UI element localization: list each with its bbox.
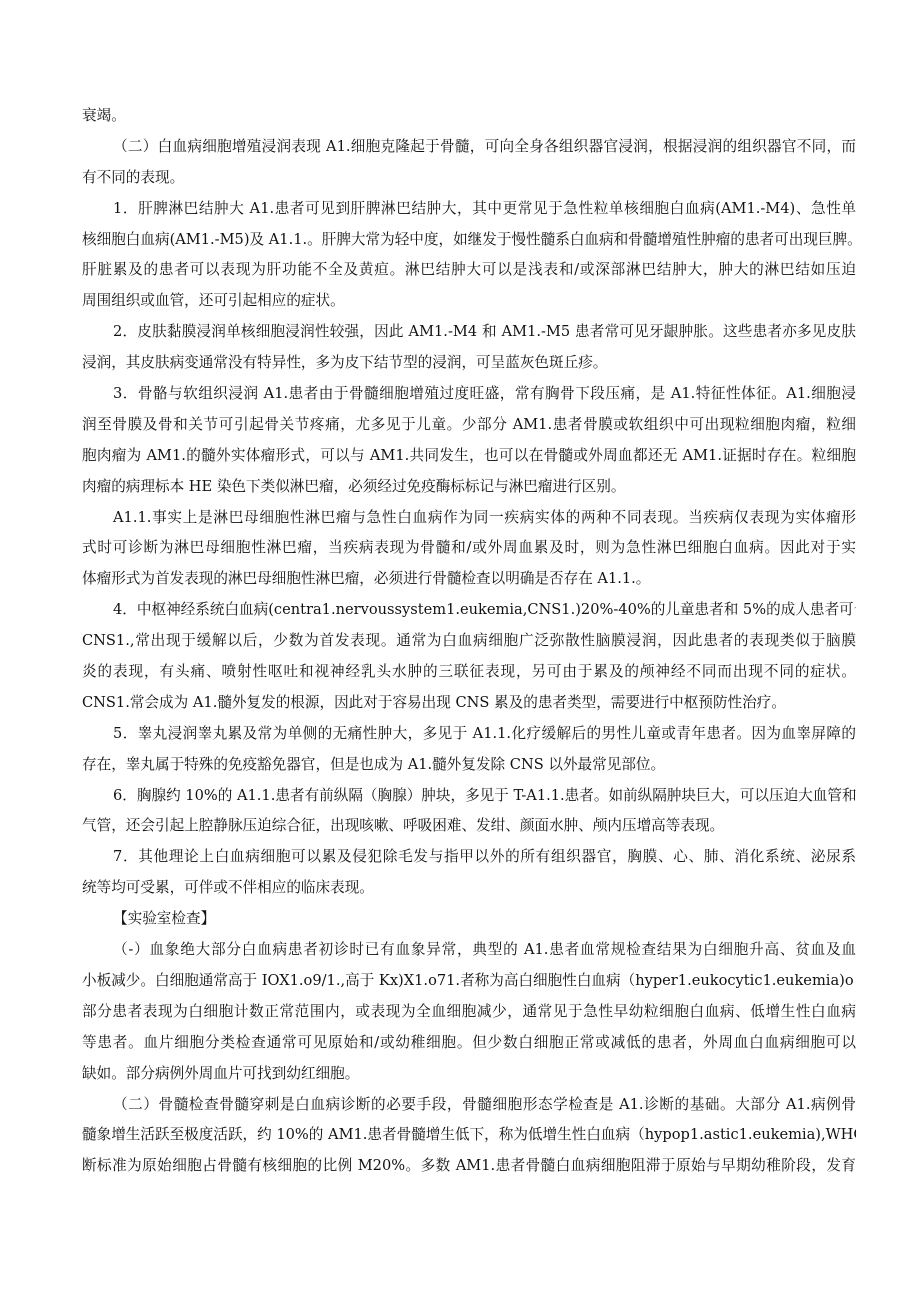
- text-line: 衰竭。: [82, 101, 856, 132]
- text-line: 3．骨骼与软组织浸润 A1.患者由于骨髓细胞增殖过度旺盛，常有胸骨下段压痛，是 …: [82, 379, 856, 410]
- text-line: 统等均可受累，可伴或不伴相应的临床表现。: [82, 873, 856, 904]
- paragraph-skin-mucosa: 2．皮肤黏膜浸润单核细胞浸润性较强，因此 AM1.-M4 和 AM1.-M5 患…: [82, 317, 856, 379]
- text-line: 缺如。部分病例外周血片可找到幼红细胞。: [82, 1059, 856, 1090]
- paragraph-continuation: 衰竭。: [82, 101, 856, 132]
- text-line: 胞肉瘤为 AM1.的髓外实体瘤形式，可以与 AM1.共同发生，也可以在骨髓或外周…: [82, 441, 856, 472]
- section-heading-lab-tests: 【实验室检查】: [82, 904, 856, 935]
- paragraph-other-organs: 7．其他理论上白血病细胞可以累及侵犯除毛发与指甲以外的所有组织器官，胸膜、心、肺…: [82, 842, 856, 904]
- text-line: 核细胞白血病(AM1.-M5)及 A1.1.。肝脾大常为轻中度，如继发于慢性髓系…: [82, 225, 856, 256]
- text-line: 肉瘤的病理标本 HE 染色下类似淋巴瘤，必须经过免疫酶标标记与淋巴瘤进行区别。: [82, 472, 856, 503]
- text-line: 2．皮肤黏膜浸润单核细胞浸润性较强，因此 AM1.-M4 和 AM1.-M5 患…: [82, 317, 856, 348]
- text-line: 6．胸腺约 10%的 A1.1.患者有前纵隔（胸腺）肿块，多见于 T-A1.1.…: [82, 781, 856, 812]
- text-line: CNS1.,常出现于缓解以后，少数为首发表现。通常为白血病细胞广泛弥散性脑膜浸润…: [82, 626, 856, 657]
- text-line: 7．其他理论上白血病细胞可以累及侵犯除毛发与指甲以外的所有组织器官，胸膜、心、肺…: [82, 842, 856, 873]
- text-line: 等患者。血片细胞分类检查通常可见原始和/或幼稚细胞。但少数白细胞正常或减低的患者…: [82, 1028, 856, 1059]
- paragraph-infiltration-intro: （二）白血病细胞增殖浸润表现 A1.细胞克隆起于骨髓，可向全身各组织器官浸润，根…: [82, 132, 856, 194]
- paragraph-bone-soft-tissue: 3．骨骼与软组织浸润 A1.患者由于骨髓细胞增殖过度旺盛，常有胸骨下段压痛，是 …: [82, 379, 856, 503]
- section-heading: 【实验室检查】: [82, 904, 856, 935]
- text-line: CNS1.常会成为 A1.髓外复发的根源，因此对于容易出现 CNS 累及的患者类…: [82, 688, 856, 719]
- text-line: 周围组织或血管，还可引起相应的症状。: [82, 286, 856, 317]
- text-line: 断标准为原始细胞占骨髓有核细胞的比例 M20%。多数 AM1.患者骨髓白血病细胞…: [82, 1151, 856, 1182]
- paragraph-all-lymphoma: A1.1.事实上是淋巴母细胞性淋巴瘤与急性白血病作为同一疾病实体的两种不同表现。…: [82, 503, 856, 596]
- text-line: 体瘤形式为首发表现的淋巴母细胞性淋巴瘤，必须进行骨髓检查以明确是否存在 A1.1…: [82, 564, 856, 595]
- text-line: A1.1.事实上是淋巴母细胞性淋巴瘤与急性白血病作为同一疾病实体的两种不同表现。…: [82, 503, 856, 534]
- text-line: 润至骨膜及骨和关节可引起骨关节疼痛，尤多见于儿童。少部分 AM1.患者骨膜或软组…: [82, 410, 856, 441]
- text-line: （二）骨髓检查骨髓穿刺是白血病诊断的必要手段，骨髓细胞形态学检查是 A1.诊断的…: [82, 1090, 856, 1121]
- text-line: （二）白血病细胞增殖浸润表现 A1.细胞克隆起于骨髓，可向全身各组织器官浸润，根…: [82, 132, 856, 163]
- paragraph-bone-marrow-exam: （二）骨髓检查骨髓穿刺是白血病诊断的必要手段，骨髓细胞形态学检查是 A1.诊断的…: [82, 1090, 856, 1183]
- text-line: 部分患者表现为白细胞计数正常范围内，或表现为全血细胞减少，通常见于急性早幼粒细胞…: [82, 997, 856, 1028]
- text-line: 小板减少。白细胞通常高于 IOX1.o9/1.,高于 Kx)X1.o71.者称为…: [82, 966, 856, 997]
- text-line: 5．睾丸浸润睾丸累及常为单侧的无痛性肿大，多见于 A1.1.化疗缓解后的男性儿童…: [82, 719, 856, 750]
- document-page: 衰竭。 （二）白血病细胞增殖浸润表现 A1.细胞克隆起于骨髓，可向全身各组织器官…: [82, 101, 856, 1182]
- paragraph-hepatosplenomegaly: 1．肝脾淋巴结肿大 A1.患者可见到肝脾淋巴结肿大，其中更常见于急性粒单核细胞白…: [82, 194, 856, 318]
- text-line: 有不同的表现。: [82, 163, 856, 194]
- text-line: 存在，睾丸属于特殊的免疫豁免器官，但是也成为 A1.髓外复发除 CNS 以外最常…: [82, 750, 856, 781]
- text-line: 肝脏累及的患者可以表现为肝功能不全及黄疸。淋巴结肿大可以是浅表和/或深部淋巴结肿…: [82, 255, 856, 286]
- text-line: 1．肝脾淋巴结肿大 A1.患者可见到肝脾淋巴结肿大，其中更常见于急性粒单核细胞白…: [82, 194, 856, 225]
- text-line: （-）血象绝大部分白血病患者初诊时已有血象异常，典型的 A1.患者血常规检查结果…: [82, 935, 856, 966]
- text-line: 气管，还会引起上腔静脉压迫综合征，出现咳嗽、呼吸困难、发绀、颜面水肿、颅内压增高…: [82, 811, 856, 842]
- paragraph-testicular: 5．睾丸浸润睾丸累及常为单侧的无痛性肿大，多见于 A1.1.化疗缓解后的男性儿童…: [82, 719, 856, 781]
- paragraph-cns-leukemia: 4．中枢神经系统白血病(centra1.nervoussystem1.eukem…: [82, 595, 856, 719]
- text-line: 浸润，其皮肤病变通常没有特异性，多为皮下结节型的浸润，可呈蓝灰色斑丘疹。: [82, 348, 856, 379]
- paragraph-blood-picture: （-）血象绝大部分白血病患者初诊时已有血象异常，典型的 A1.患者血常规检查结果…: [82, 935, 856, 1089]
- text-line: 髓象增生活跃至极度活跃，约 10%的 AM1.患者骨髓增生低下，称为低增生性白血…: [82, 1120, 856, 1151]
- text-line: 4．中枢神经系统白血病(centra1.nervoussystem1.eukem…: [82, 595, 856, 626]
- text-line: 式时可诊断为淋巴母细胞性淋巴瘤，当疾病表现为骨髓和/或外周血累及时，则为急性淋巴…: [82, 533, 856, 564]
- text-line: 炎的表现，有头痛、喷射性呕吐和视神经乳头水肿的三联征表现，另可由于累及的颅神经不…: [82, 657, 856, 688]
- paragraph-thymus: 6．胸腺约 10%的 A1.1.患者有前纵隔（胸腺）肿块，多见于 T-A1.1.…: [82, 781, 856, 843]
